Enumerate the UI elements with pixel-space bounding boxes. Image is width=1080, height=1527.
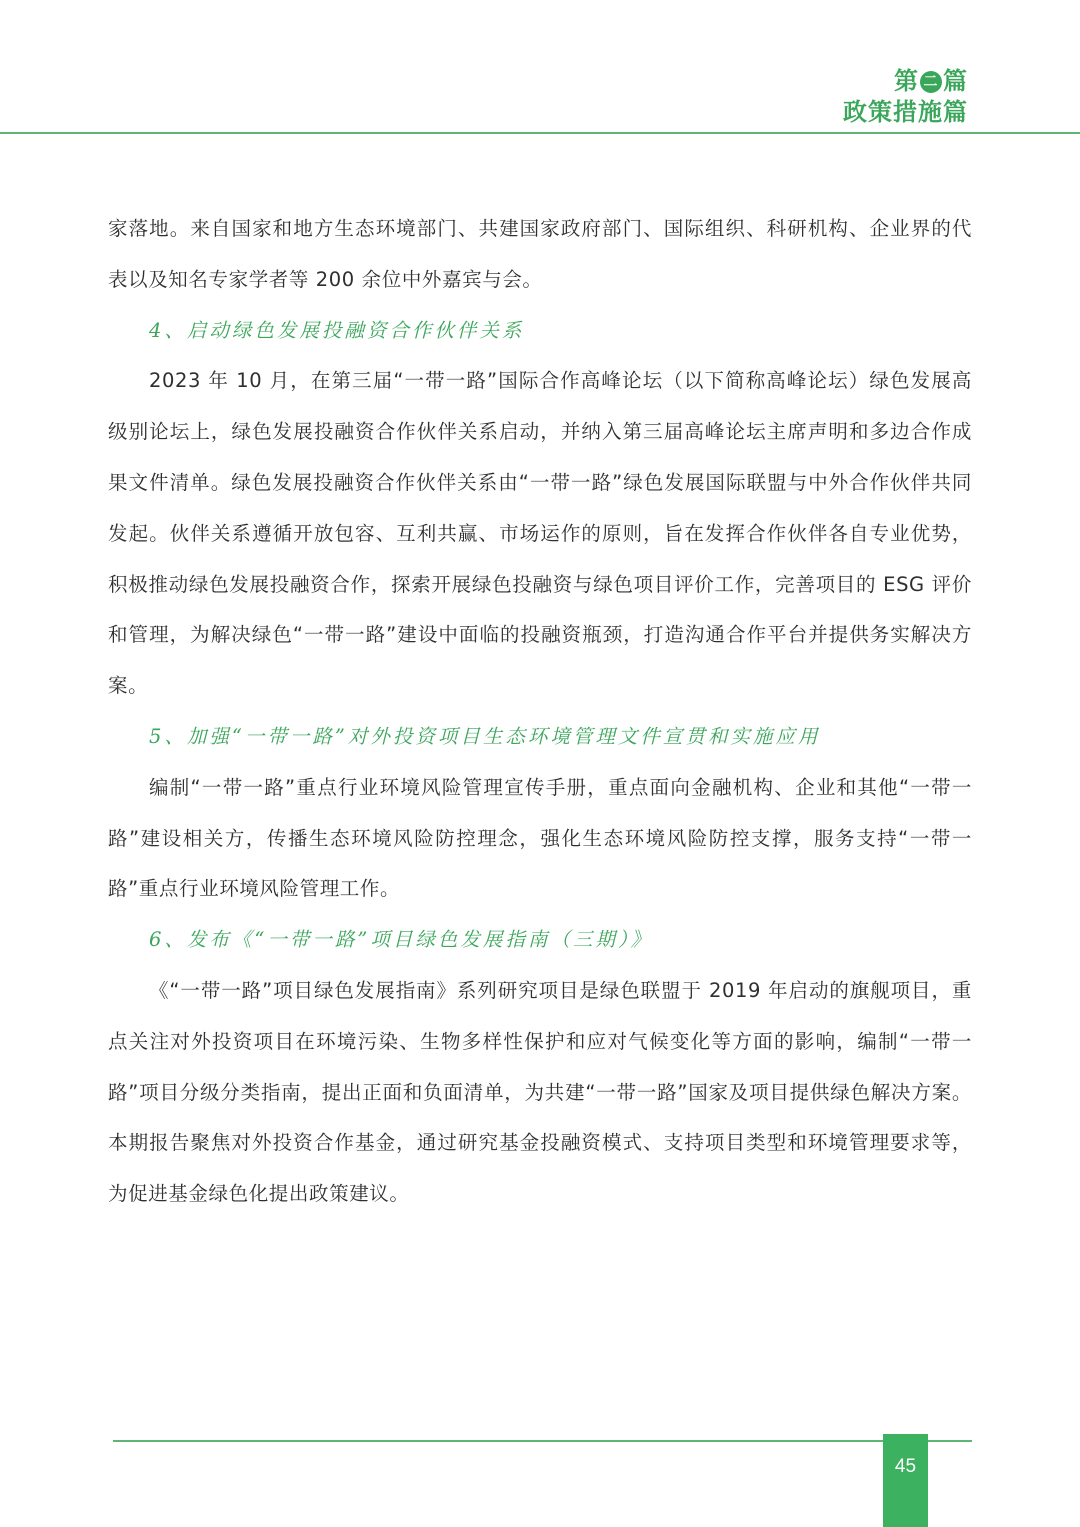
paragraph-section-5: 编制“一带一路”重点行业环境风险管理宣传手册，重点面向金融机构、企业和其他“一带… xyxy=(108,763,972,915)
chapter-suffix: 篇 xyxy=(943,66,968,97)
footer-divider xyxy=(113,1440,972,1442)
chapter-title: 政策措施篇 xyxy=(843,97,968,128)
paragraph-section-6: 《“一带一路”项目绿色发展指南》系列研究项目是绿色联盟于 2019 年启动的旗舰… xyxy=(108,966,972,1220)
page-number: 45 xyxy=(883,1434,928,1527)
paragraph-continuation: 家落地。来自国家和地方生态环境部门、共建国家政府部门、国际组织、科研机构、企业界… xyxy=(108,204,972,306)
section-heading-6: 6、发布《“一带一路”项目绿色发展指南（三期）》 xyxy=(108,915,972,966)
chapter-prefix: 第 xyxy=(894,66,919,97)
section-heading-4: 4、启动绿色发展投融资合作伙伴关系 xyxy=(108,306,972,357)
paragraph-section-4: 2023 年 10 月，在第三届“一带一路”国际合作高峰论坛（以下简称高峰论坛）… xyxy=(108,356,972,712)
chapter-header: 第 二 篇 政策措施篇 xyxy=(843,66,968,128)
header-divider xyxy=(0,132,1080,134)
page-body: 家落地。来自国家和地方生态环境部门、共建国家政府部门、国际组织、科研机构、企业界… xyxy=(108,204,972,1220)
chapter-number-circle-icon: 二 xyxy=(920,71,942,93)
section-heading-5: 5、加强“一带一路”对外投资项目生态环境管理文件宣贯和实施应用 xyxy=(108,712,972,763)
chapter-label: 第 二 篇 xyxy=(843,66,968,97)
